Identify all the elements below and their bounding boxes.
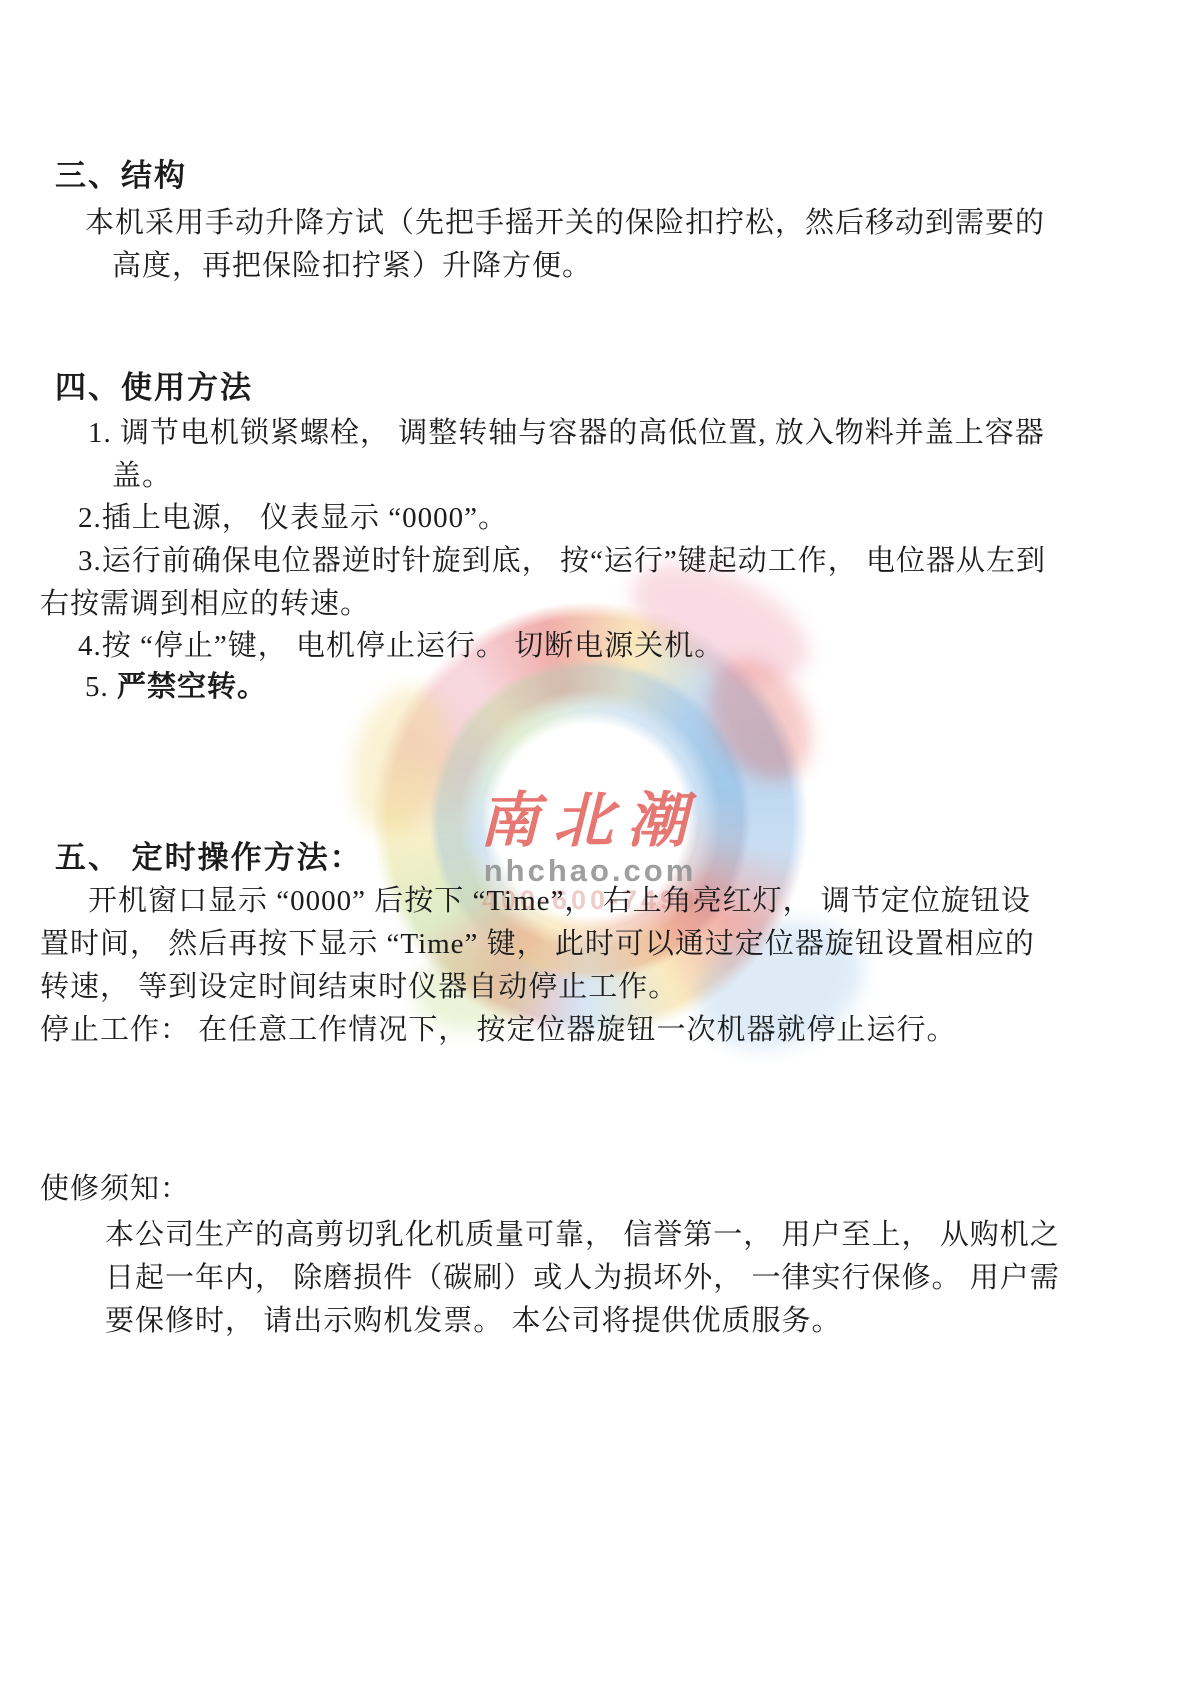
section4-item5-text: 严禁空转。 [117,671,267,703]
section4-item2: 2.插上电源， 仪表显示 “0000”。 [78,495,508,536]
warranty-line-1: 本公司生产的高剪切乳化机质量可靠， 信誉第一， 用户至上， 从购机之 [105,1212,1060,1253]
section4-item5: 5. 严禁空转。 [85,664,267,705]
section5-line-4: 停止工作： 在任意工作情况下， 按定位器旋钮一次机器就停止运行。 [40,1007,957,1048]
section5-line-2: 置时间， 然后再按下显示 “Time” 键， 此时可以通过定位器旋钮设置相应的 [40,921,1035,962]
section4-item4: 4.按 “停止”键， 电机停止运行。 切断电源关机。 [78,623,724,664]
watermark-brand-text: 南北潮 [365,773,815,859]
section4-item3-line2: 右按需调到相应的转速。 [40,581,370,622]
section4-item1-line1: 1. 调节电机锁紧螺栓， 调整转轴与容器的高低位置, 放入物料并盖上容器 [88,410,1045,451]
section3-line-2: 高度，再把保险扣拧紧）升降方便。 [112,243,592,284]
section4-item5-number: 5. [85,671,109,703]
section5-line-1: 开机窗口显示 “0000” 后按下 “Time”， 右上角亮红灯， 调节定位旋钮… [88,878,1031,919]
section3-heading: 三、结构 [55,150,187,195]
section3-line-1: 本机采用手动升降方试（先把手摇开关的保险扣拧松，然后移动到需要的 [85,200,1045,241]
section4-item3-line1: 3.运行前确保电位器逆时针旋到底， 按“运行”键起动工作， 电位器从左到 [78,538,1046,579]
section5-heading: 五、 定时操作方法： [55,832,363,877]
section4-heading: 四、使用方法 [55,362,253,407]
section4-item1-line2: 盖。 [112,453,172,494]
warranty-heading: 使修须知： [40,1166,190,1207]
document-page: 南北潮 nhchao.com 400-600-7498 三、结构 本机采用手动升… [0,0,1200,1697]
warranty-line-3: 要保修时， 请出示购机发票。 本公司将提供优质服务。 [105,1298,842,1339]
warranty-line-2: 日起一年内， 除磨损件（碳刷）或人为损坏外， 一律实行保修。 用户需 [105,1255,1060,1296]
section5-line-3: 转速， 等到设定时间结束时仪器自动停止工作。 [40,964,678,1005]
